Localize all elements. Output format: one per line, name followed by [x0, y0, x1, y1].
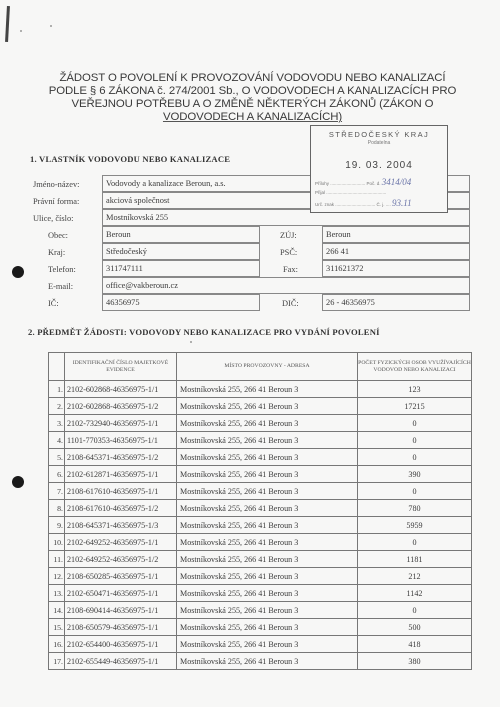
fax-label: Fax:: [283, 265, 298, 274]
row-number: 4.: [49, 432, 65, 449]
stamp-line3-label: Urč. znak ..............................…: [315, 202, 391, 207]
row-count: 0: [358, 449, 472, 466]
table-row: 4.1101-770353-46356975-1/1Mostníkovská 2…: [49, 432, 472, 449]
title-line-1: ŽÁDOST O POVOLENÍ K PROVOZOVÁNÍ VODOVODU…: [40, 72, 465, 85]
row-id: 2108-617610-46356975-1/1: [65, 483, 177, 500]
stamp-authority: STŘEDOČESKÝ KRAJ: [311, 130, 447, 139]
document-title: ŽÁDOST O POVOLENÍ K PROVOZOVÁNÍ VODOVODU…: [40, 72, 465, 124]
table-row: 13.2102-650471-46356975-1/1Mostníkovská …: [49, 585, 472, 602]
row-number: 9.: [49, 517, 65, 534]
phone-label: Telefon:: [48, 265, 76, 274]
row-count: 0: [358, 483, 472, 500]
table-row: 14.2108-690414-46356975-1/1Mostníkovská …: [49, 602, 472, 619]
row-address: Mostníkovská 255, 266 41 Beroun 3: [177, 398, 358, 415]
row-id: 2108-645371-46356975-1/3: [65, 517, 177, 534]
row-address: Mostníkovská 255, 266 41 Beroun 3: [177, 466, 358, 483]
row-id: 2102-655449-46356975-1/1: [65, 653, 177, 670]
psc-label: PSČ:: [280, 248, 297, 257]
table-row: 11.2102-649252-46356975-1/2Mostníkovská …: [49, 551, 472, 568]
margin-pen-mark: [5, 6, 10, 42]
row-count: 780: [358, 500, 472, 517]
psc-field[interactable]: 266 41: [322, 243, 470, 260]
row-id: 2102-650471-46356975-1/1: [65, 585, 177, 602]
table-row: 5.2108-645371-46356975-1/2Mostníkovská 2…: [49, 449, 472, 466]
row-number: 10.: [49, 534, 65, 551]
table-row: 10.2102-649252-46356975-1/1Mostníkovská …: [49, 534, 472, 551]
zuj-label: ZÚJ:: [280, 231, 297, 240]
street-label: Ulice, číslo:: [33, 214, 73, 223]
row-count: 500: [358, 619, 472, 636]
zuj-field[interactable]: Beroun: [322, 226, 470, 243]
stamp-line-attachments: Přílohy ............................ Poč…: [315, 177, 443, 187]
row-count: 1181: [358, 551, 472, 568]
table-row: 17.2102-655449-46356975-1/1Mostníkovská …: [49, 653, 472, 670]
table-row: 9.2108-645371-46356975-1/3Mostníkovská 2…: [49, 517, 472, 534]
row-id: 2108-650579-46356975-1/1: [65, 619, 177, 636]
row-address: Mostníkovská 255, 266 41 Beroun 3: [177, 415, 358, 432]
table-row: 12.2108-650285-46356975-1/1Mostníkovská …: [49, 568, 472, 585]
row-id: 2102-649252-46356975-1/1: [65, 534, 177, 551]
scan-speck: [20, 30, 22, 32]
row-id: 2102-732940-46356975-1/1: [65, 415, 177, 432]
table-row: 1.2102-602868-46356975-1/1Mostníkovská 2…: [49, 381, 472, 398]
table-row: 2.2102-602868-46356975-1/2Mostníkovská 2…: [49, 398, 472, 415]
row-number: 11.: [49, 551, 65, 568]
stamp-sub: Podatelna: [311, 140, 447, 146]
col-header-number: [49, 353, 65, 381]
row-address: Mostníkovská 255, 266 41 Beroun 3: [177, 636, 358, 653]
row-id: 2108-617610-46356975-1/2: [65, 500, 177, 517]
row-address: Mostníkovská 255, 266 41 Beroun 3: [177, 432, 358, 449]
row-address: Mostníkovská 255, 266 41 Beroun 3: [177, 449, 358, 466]
title-line-2: PODLE § 6 ZÁKONA č. 274/2001 Sb., O VODO…: [40, 85, 465, 98]
table-row: 6.2102-612871-46356975-1/1Mostníkovská 2…: [49, 466, 472, 483]
row-address: Mostníkovská 255, 266 41 Beroun 3: [177, 517, 358, 534]
legal-form-label: Právní forma:: [33, 197, 79, 206]
ic-field[interactable]: 46356975: [102, 294, 260, 311]
table-row: 15.2108-650579-46356975-1/1Mostníkovská …: [49, 619, 472, 636]
row-number: 14.: [49, 602, 65, 619]
row-address: Mostníkovská 255, 266 41 Beroun 3: [177, 585, 358, 602]
col-header-id: IDENTIFIKAČNÍ ČÍSLO MAJETKOVÉ EVIDENCE: [65, 353, 177, 381]
stamp-line-received: Přijal .................................…: [315, 190, 443, 195]
punch-hole-bottom: [12, 476, 24, 488]
row-address: Mostníkovská 255, 266 41 Beroun 3: [177, 653, 358, 670]
row-count: 123: [358, 381, 472, 398]
row-address: Mostníkovská 255, 266 41 Beroun 3: [177, 568, 358, 585]
row-id: 2102-649252-46356975-1/2: [65, 551, 177, 568]
ic-label: IČ:: [48, 299, 59, 308]
row-count: 17215: [358, 398, 472, 415]
stamp-line1-label: Přílohy ............................ Poč…: [315, 181, 381, 186]
row-address: Mostníkovská 255, 266 41 Beroun 3: [177, 534, 358, 551]
row-number: 17.: [49, 653, 65, 670]
row-number: 1.: [49, 381, 65, 398]
row-address: Mostníkovská 255, 266 41 Beroun 3: [177, 381, 358, 398]
email-field[interactable]: office@vakberoun.cz: [102, 277, 470, 294]
row-number: 15.: [49, 619, 65, 636]
row-id: 2108-690414-46356975-1/1: [65, 602, 177, 619]
row-count: 0: [358, 415, 472, 432]
section-1-heading: 1. VLASTNÍK VODOVODU NEBO KANALIZACE: [30, 154, 230, 164]
table-row: 16.2102-654400-46356975-1/1Mostníkovská …: [49, 636, 472, 653]
row-count: 212: [358, 568, 472, 585]
title-line-3: VEŘEJNOU POTŘEBU A O ZMĚNĚ NĚKTERÝCH ZÁK…: [40, 98, 465, 111]
row-address: Mostníkovská 255, 266 41 Beroun 3: [177, 500, 358, 517]
row-count: 0: [358, 432, 472, 449]
title-line-4: VODOVODECH A KANALIZACÍCH): [40, 111, 465, 124]
row-count: 0: [358, 602, 472, 619]
stamp-date: 19. 03. 2004: [311, 160, 447, 171]
row-count: 380: [358, 653, 472, 670]
region-label: Kraj:: [48, 248, 65, 257]
row-number: 5.: [49, 449, 65, 466]
dic-label: DIČ:: [282, 299, 299, 308]
row-id: 2108-650285-46356975-1/1: [65, 568, 177, 585]
row-number: 3.: [49, 415, 65, 432]
region-field[interactable]: Středočeský: [102, 243, 260, 260]
fax-field[interactable]: 311621372: [322, 260, 470, 277]
phone-field[interactable]: 311747111: [102, 260, 260, 277]
row-number: 16.: [49, 636, 65, 653]
scan-speck: [190, 341, 192, 343]
row-address: Mostníkovská 255, 266 41 Beroun 3: [177, 483, 358, 500]
row-address: Mostníkovská 255, 266 41 Beroun 3: [177, 602, 358, 619]
row-number: 12.: [49, 568, 65, 585]
row-number: 13.: [49, 585, 65, 602]
row-count: 0: [358, 534, 472, 551]
dic-field[interactable]: 26 - 46356975: [322, 294, 470, 311]
row-id: 2102-602868-46356975-1/1: [65, 381, 177, 398]
table-row: 8.2108-617610-46356975-1/2Mostníkovská 2…: [49, 500, 472, 517]
row-address: Mostníkovská 255, 266 41 Beroun 3: [177, 619, 358, 636]
stamp-handwritten-number: 3414/04: [382, 177, 412, 187]
row-id: 2102-654400-46356975-1/1: [65, 636, 177, 653]
row-count: 418: [358, 636, 472, 653]
row-id: 2108-645371-46356975-1/2: [65, 449, 177, 466]
row-number: 8.: [49, 500, 65, 517]
punch-hole-top: [12, 266, 24, 278]
name-label: Jméno-název:: [33, 180, 80, 189]
row-id: 2102-612871-46356975-1/1: [65, 466, 177, 483]
row-id: 1101-770353-46356975-1/1: [65, 432, 177, 449]
row-number: 6.: [49, 466, 65, 483]
table-row: 3.2102-732940-46356975-1/1Mostníkovská 2…: [49, 415, 472, 432]
water-systems-table: IDENTIFIKAČNÍ ČÍSLO MAJETKOVÉ EVIDENCE M…: [48, 352, 472, 670]
email-label: E-mail:: [48, 282, 73, 291]
col-header-address: MÍSTO PROVOZOVNY - ADRESA: [177, 353, 358, 381]
city-field[interactable]: Beroun: [102, 226, 260, 243]
city-label: Obec:: [48, 231, 68, 240]
row-number: 2.: [49, 398, 65, 415]
row-count: 390: [358, 466, 472, 483]
row-count: 5959: [358, 517, 472, 534]
scan-speck: [50, 25, 52, 27]
stamp-line-ref: Urč. znak ..............................…: [315, 198, 443, 208]
table-row: 7.2108-617610-46356975-1/1Mostníkovská 2…: [49, 483, 472, 500]
row-id: 2102-602868-46356975-1/2: [65, 398, 177, 415]
col-header-count: POČET FYZICKÝCH OSOB VYUŽÍVAJÍCÍCH VODOV…: [358, 353, 472, 381]
row-count: 1142: [358, 585, 472, 602]
stamp-handwritten-ref: 93.11: [392, 198, 412, 208]
receipt-stamp: STŘEDOČESKÝ KRAJ Podatelna 19. 03. 2004 …: [310, 125, 448, 213]
section-2-heading: 2. PŘEDMĚT ŽÁDOSTI: VODOVODY NEBO KANALI…: [28, 327, 380, 337]
row-number: 7.: [49, 483, 65, 500]
table-header-row: IDENTIFIKAČNÍ ČÍSLO MAJETKOVÉ EVIDENCE M…: [49, 353, 472, 381]
row-address: Mostníkovská 255, 266 41 Beroun 3: [177, 551, 358, 568]
